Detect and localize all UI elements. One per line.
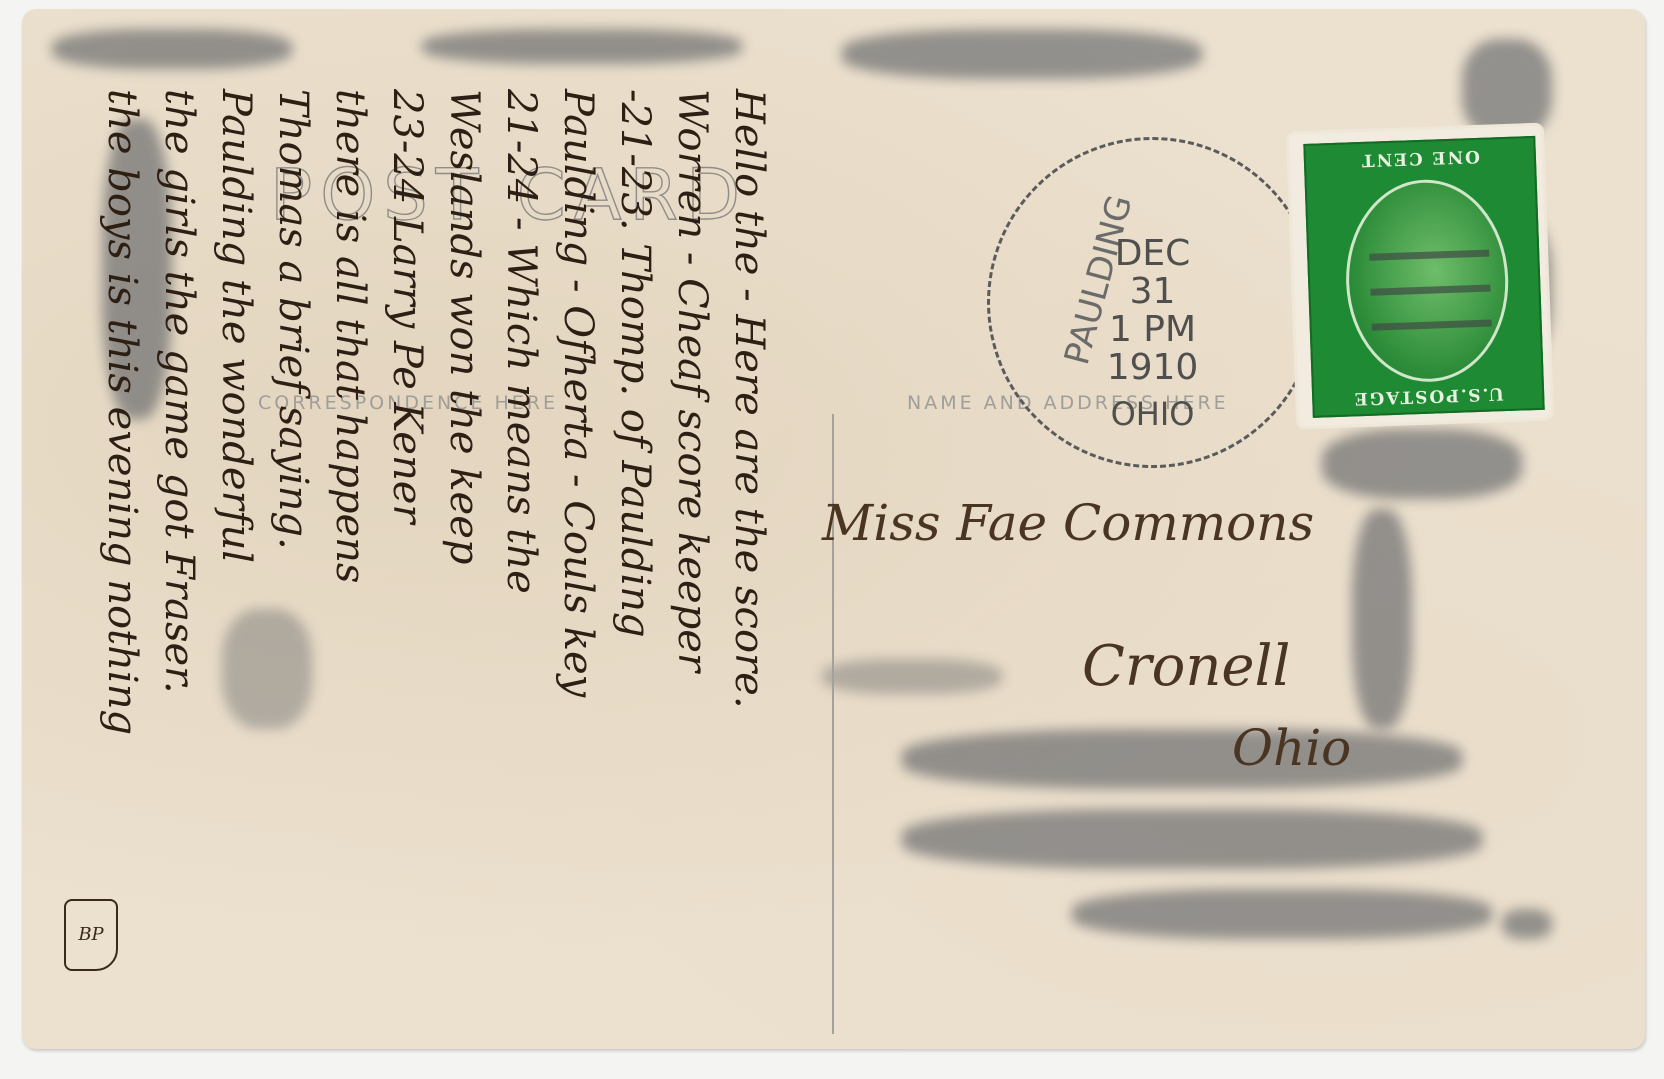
- correspondence-line: Thomas a brief saying.: [264, 89, 321, 1029]
- ink-smudge: [1352, 509, 1412, 729]
- postcard: POST CARD CORRESPONDENCE HERE NAME AND A…: [22, 9, 1645, 1049]
- correspondence-line: Weslands won the keep: [435, 89, 492, 1029]
- postmark-month: DEC: [990, 235, 1315, 273]
- correspondence-line: the girls the game got Fraser.: [150, 89, 207, 1029]
- correspondence-line: the boys is this evening nothing: [93, 89, 150, 1029]
- address-town: Cronell: [1082, 634, 1290, 699]
- ink-smudge: [902, 809, 1482, 869]
- correspondence-line: Paulding the wonderful: [207, 89, 264, 1029]
- postmark-year: 1910: [990, 349, 1315, 387]
- address-state: Ohio: [1232, 719, 1351, 777]
- ink-smudge: [842, 29, 1202, 79]
- stamp-denomination: ONE CENT: [1306, 144, 1535, 172]
- correspondence-line: there is all that happens: [321, 89, 378, 1029]
- address-name: Miss Fae Commons: [822, 494, 1314, 552]
- stamp-postage-text: U.S.POSTAGE: [1314, 382, 1543, 410]
- postage-stamp: ONE CENT U.S.POSTAGE: [1289, 126, 1551, 427]
- correspondence-line: -21-23. Thomp. of Paulding: [606, 89, 663, 1029]
- postmark: PAULDING DEC 31 1 PM 1910 OHIO: [987, 137, 1318, 468]
- postmark-time: 1 PM: [990, 311, 1315, 349]
- ink-smudge: [1072, 889, 1492, 939]
- ink-smudge: [422, 29, 742, 64]
- correspondence-line: Paulding - Ofherta - Couls key: [549, 89, 606, 1029]
- ink-smudge: [1502, 909, 1552, 939]
- ink-smudge: [902, 729, 1462, 789]
- correspondence-line: Worren - Cheaf score keeper: [663, 89, 720, 1029]
- ink-smudge: [52, 29, 292, 69]
- postmark-day: 31: [990, 273, 1315, 311]
- postmark-state: OHIO: [990, 395, 1315, 433]
- portrait-icon: [1343, 177, 1512, 385]
- stamp-frame: ONE CENT U.S.POSTAGE: [1303, 136, 1544, 418]
- correspondence-line: Hello the - Here are the score.: [720, 89, 777, 1029]
- ink-smudge: [822, 659, 1002, 694]
- publisher-logo-icon: BP: [64, 899, 118, 971]
- correspondence-line: 23-24 Larry Pe Kener: [378, 89, 435, 1029]
- correspondence-text: Hello the - Here are the score. Worren -…: [37, 89, 777, 1029]
- ink-smudge: [1322, 429, 1522, 499]
- ink-smudge: [1462, 39, 1552, 139]
- correspondence-line: 21-24 - Which means the: [492, 89, 549, 1029]
